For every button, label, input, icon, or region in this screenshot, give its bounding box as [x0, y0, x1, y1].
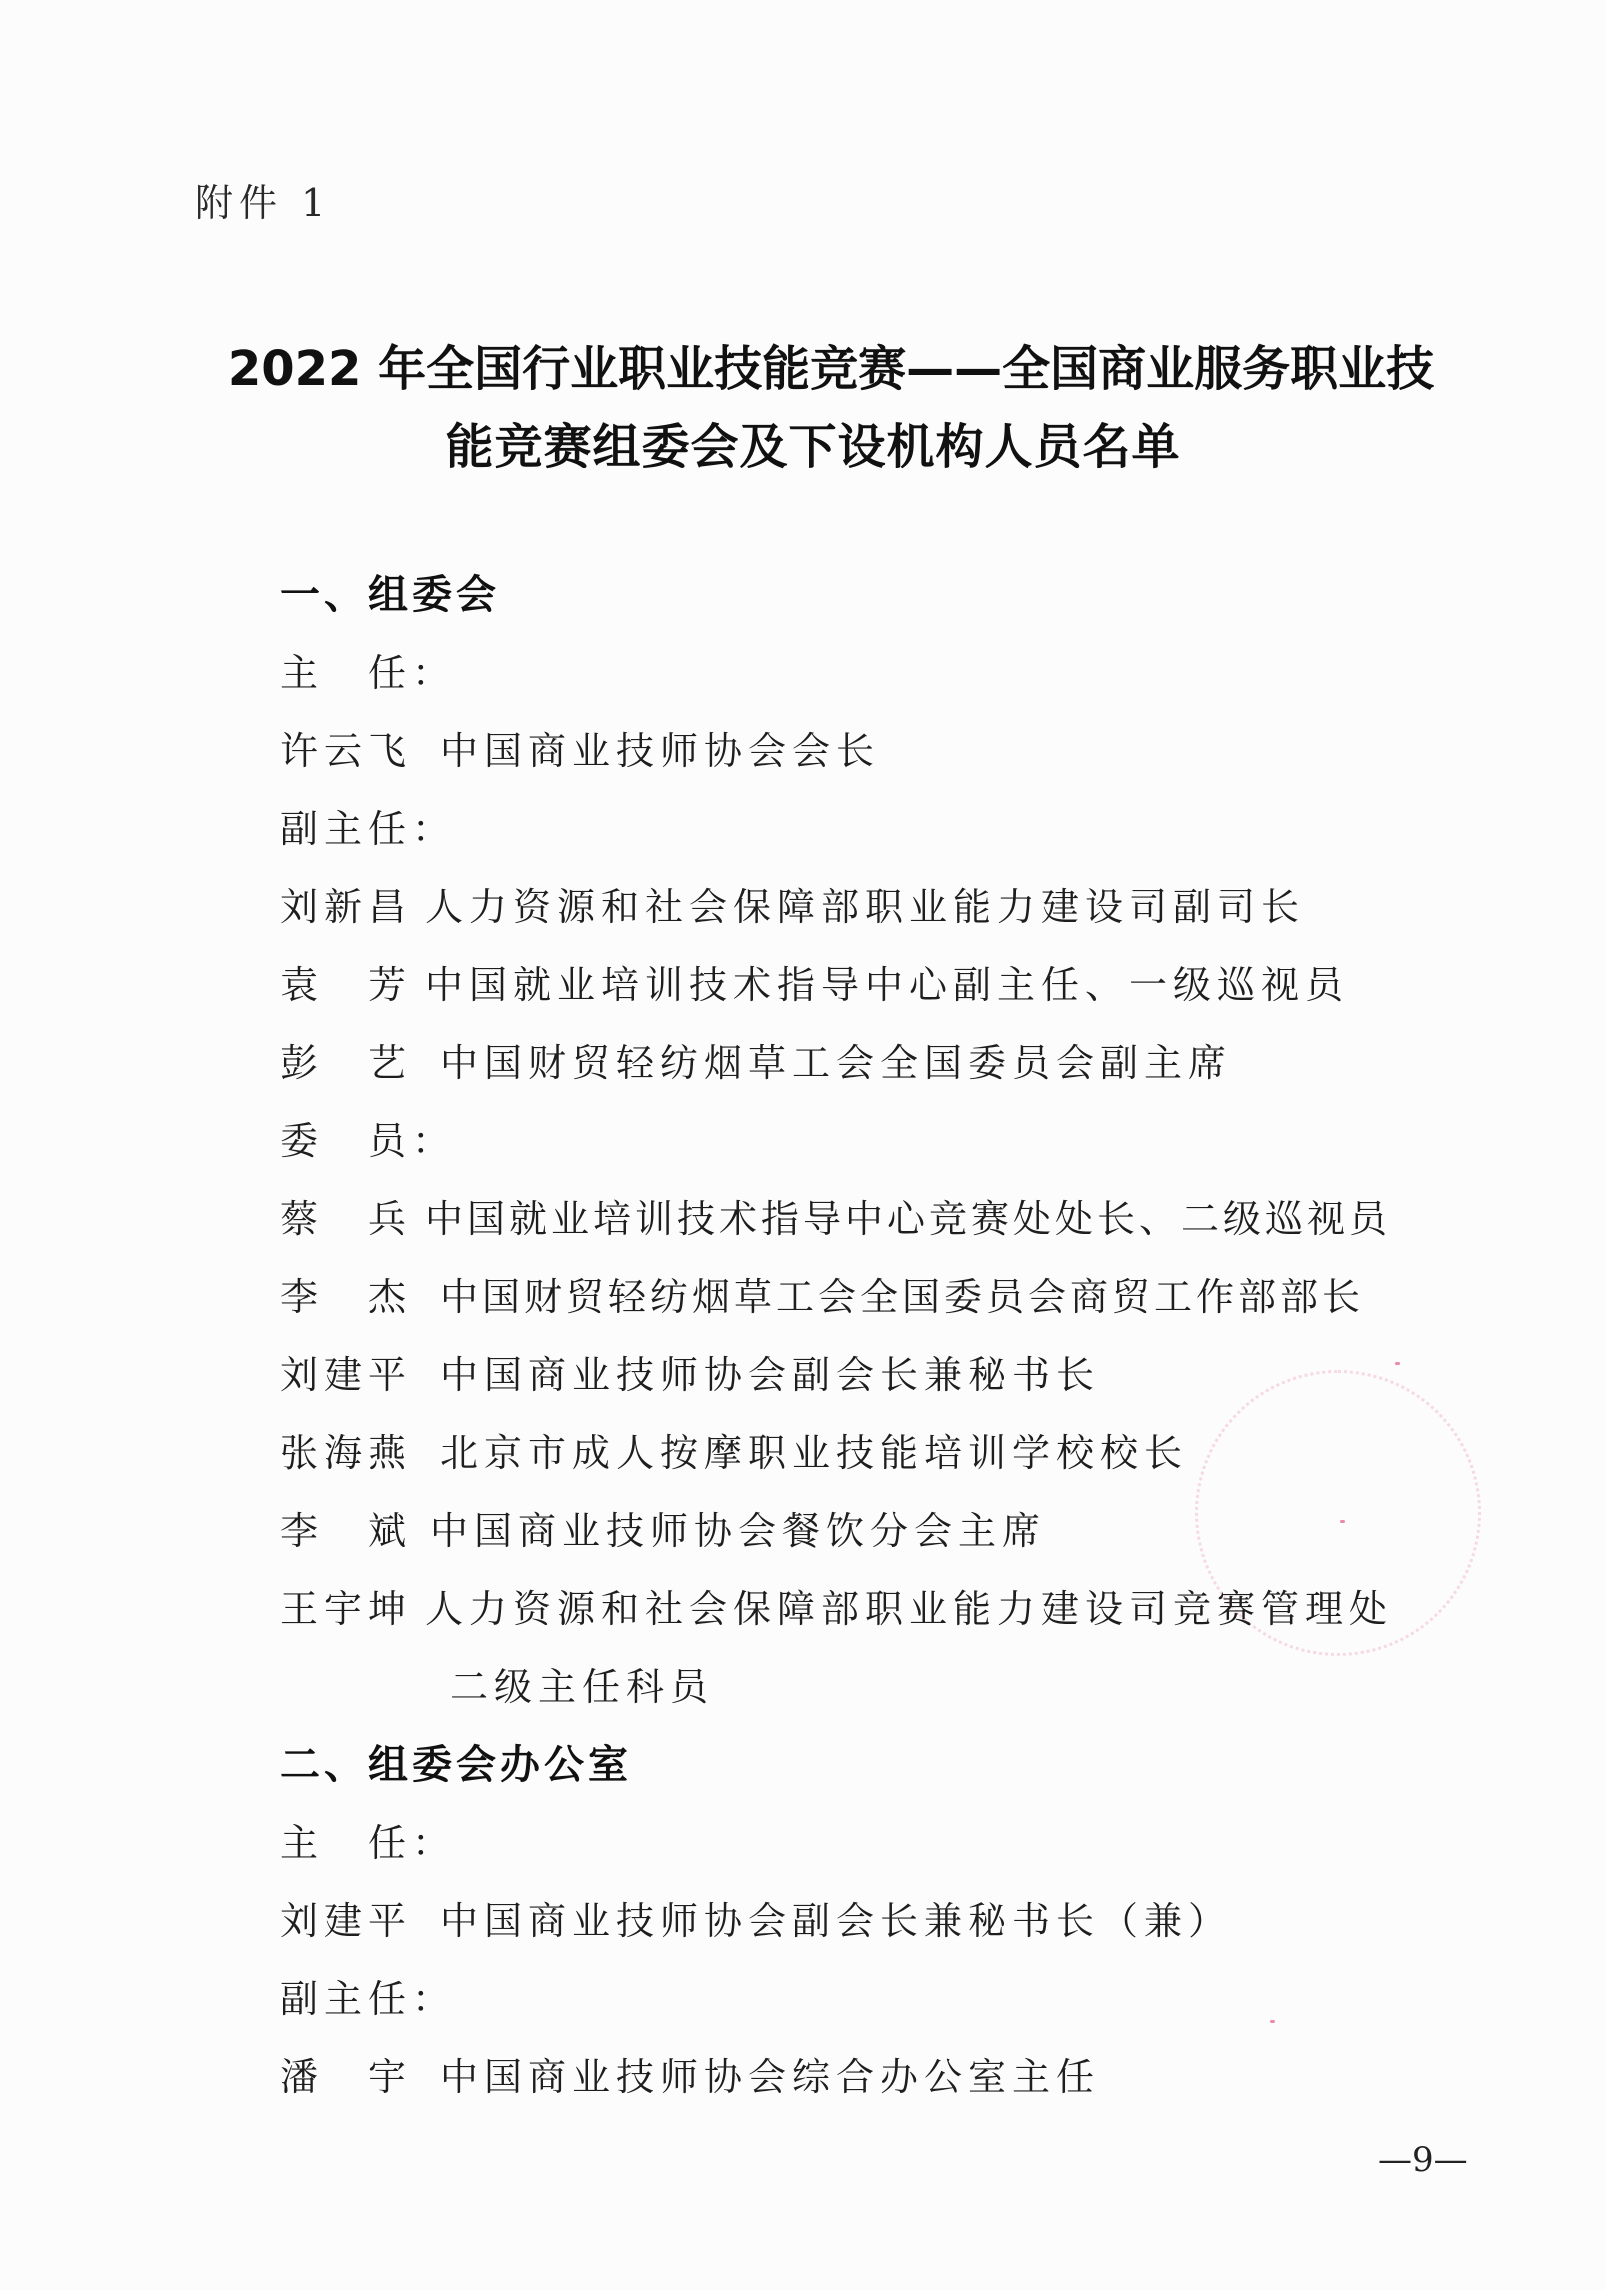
- member-name: 彭 艺: [280, 1038, 440, 1088]
- section-heading-organizing-committee: 一、组委会: [280, 570, 500, 620]
- member-name: 潘 宇: [280, 2052, 440, 2102]
- member-name: 许云飞: [280, 726, 440, 776]
- member-row: 潘 宇中国商业技师协会综合办公室主任: [280, 2052, 1100, 2102]
- member-row: 彭 艺中国财贸轻纺烟草工会全国委员会副主席: [280, 1038, 1232, 1088]
- member-title: 中国商业技师协会会长: [440, 726, 880, 776]
- role-label-director: 主任：: [280, 648, 456, 698]
- member-name: 刘建平: [280, 1350, 440, 1400]
- member-row: 许云飞中国商业技师协会会长: [280, 726, 880, 776]
- member-row: 李 斌中国商业技师协会餐饮分会主席: [280, 1506, 1046, 1556]
- role-char: 员：: [368, 1119, 456, 1163]
- member-title: 中国财贸轻纺烟草工会全国委员会商贸工作部部长: [440, 1272, 1364, 1322]
- member-title-continuation: 二级主任科员: [450, 1662, 714, 1712]
- member-row: 王宇坤人力资源和社会保障部职业能力建设司竞赛管理处: [280, 1584, 1393, 1634]
- page-number: —9—: [1378, 2140, 1468, 2180]
- member-row: 蔡 兵中国就业培训技术指导中心竞赛处处长、二级巡视员: [280, 1194, 1391, 1244]
- stamp-speck: [1395, 1362, 1400, 1365]
- attachment-label: 附件 1: [195, 172, 331, 227]
- member-row: 刘建平中国商业技师协会副会长兼秘书长（兼）: [280, 1896, 1232, 1946]
- member-name: 刘建平: [280, 1896, 440, 1946]
- role-char: 任：: [368, 651, 456, 695]
- member-title: 中国商业技师协会综合办公室主任: [440, 2052, 1100, 2102]
- member-name: 李 杰: [280, 1272, 440, 1322]
- member-name: 王宇坤: [280, 1584, 425, 1634]
- member-row: 张海燕北京市成人按摩职业技能培训学校校长: [280, 1428, 1188, 1478]
- member-name: 刘新昌: [280, 882, 425, 932]
- role-label-deputy-director: 副主任：: [280, 1974, 456, 2024]
- member-name: 袁 芳: [280, 960, 425, 1010]
- role-char: 主: [280, 648, 368, 698]
- member-row: 刘建平中国商业技师协会副会长兼秘书长: [280, 1350, 1100, 1400]
- document-title-line-2: 能竞赛组委会及下设机构人员名单: [10, 408, 1606, 477]
- role-label-director: 主任：: [280, 1818, 456, 1868]
- member-title: 中国就业培训技术指导中心竞赛处处长、二级巡视员: [425, 1194, 1391, 1244]
- document-title-line-1: 2022 年全国行业职业技能竞赛——全国商业服务职业技: [28, 330, 1606, 399]
- role-label-members: 委员：: [280, 1116, 456, 1166]
- role-char: 委: [280, 1116, 368, 1166]
- role-label-deputy-director: 副主任：: [280, 804, 456, 854]
- member-title: 中国商业技师协会副会长兼秘书长: [440, 1350, 1100, 1400]
- member-name: 张海燕: [280, 1428, 440, 1478]
- role-char: 主: [280, 1818, 368, 1868]
- role-char: 任：: [368, 1821, 456, 1865]
- stamp-speck: [1270, 2020, 1275, 2023]
- document-page: 附件 1 2022 年全国行业职业技能竞赛——全国商业服务职业技 能竞赛组委会及…: [0, 0, 1606, 2290]
- member-title: 中国就业培训技术指导中心副主任、一级巡视员: [425, 960, 1349, 1010]
- member-title: 中国财贸轻纺烟草工会全国委员会副主席: [440, 1038, 1232, 1088]
- member-row: 袁 芳中国就业培训技术指导中心副主任、一级巡视员: [280, 960, 1349, 1010]
- member-name: 李 斌: [280, 1506, 430, 1556]
- section-heading-committee-office: 二、组委会办公室: [280, 1740, 632, 1790]
- member-title: 中国商业技师协会餐饮分会主席: [430, 1506, 1046, 1556]
- member-row: 李 杰中国财贸轻纺烟草工会全国委员会商贸工作部部长: [280, 1272, 1364, 1322]
- member-title: 人力资源和社会保障部职业能力建设司副司长: [425, 882, 1305, 932]
- stamp-speck: [1340, 1520, 1345, 1523]
- member-title: 人力资源和社会保障部职业能力建设司竞赛管理处: [425, 1584, 1393, 1634]
- member-title: 北京市成人按摩职业技能培训学校校长: [440, 1428, 1188, 1478]
- member-row: 刘新昌人力资源和社会保障部职业能力建设司副司长: [280, 882, 1305, 932]
- member-title: 中国商业技师协会副会长兼秘书长（兼）: [440, 1896, 1232, 1946]
- member-name: 蔡 兵: [280, 1194, 425, 1244]
